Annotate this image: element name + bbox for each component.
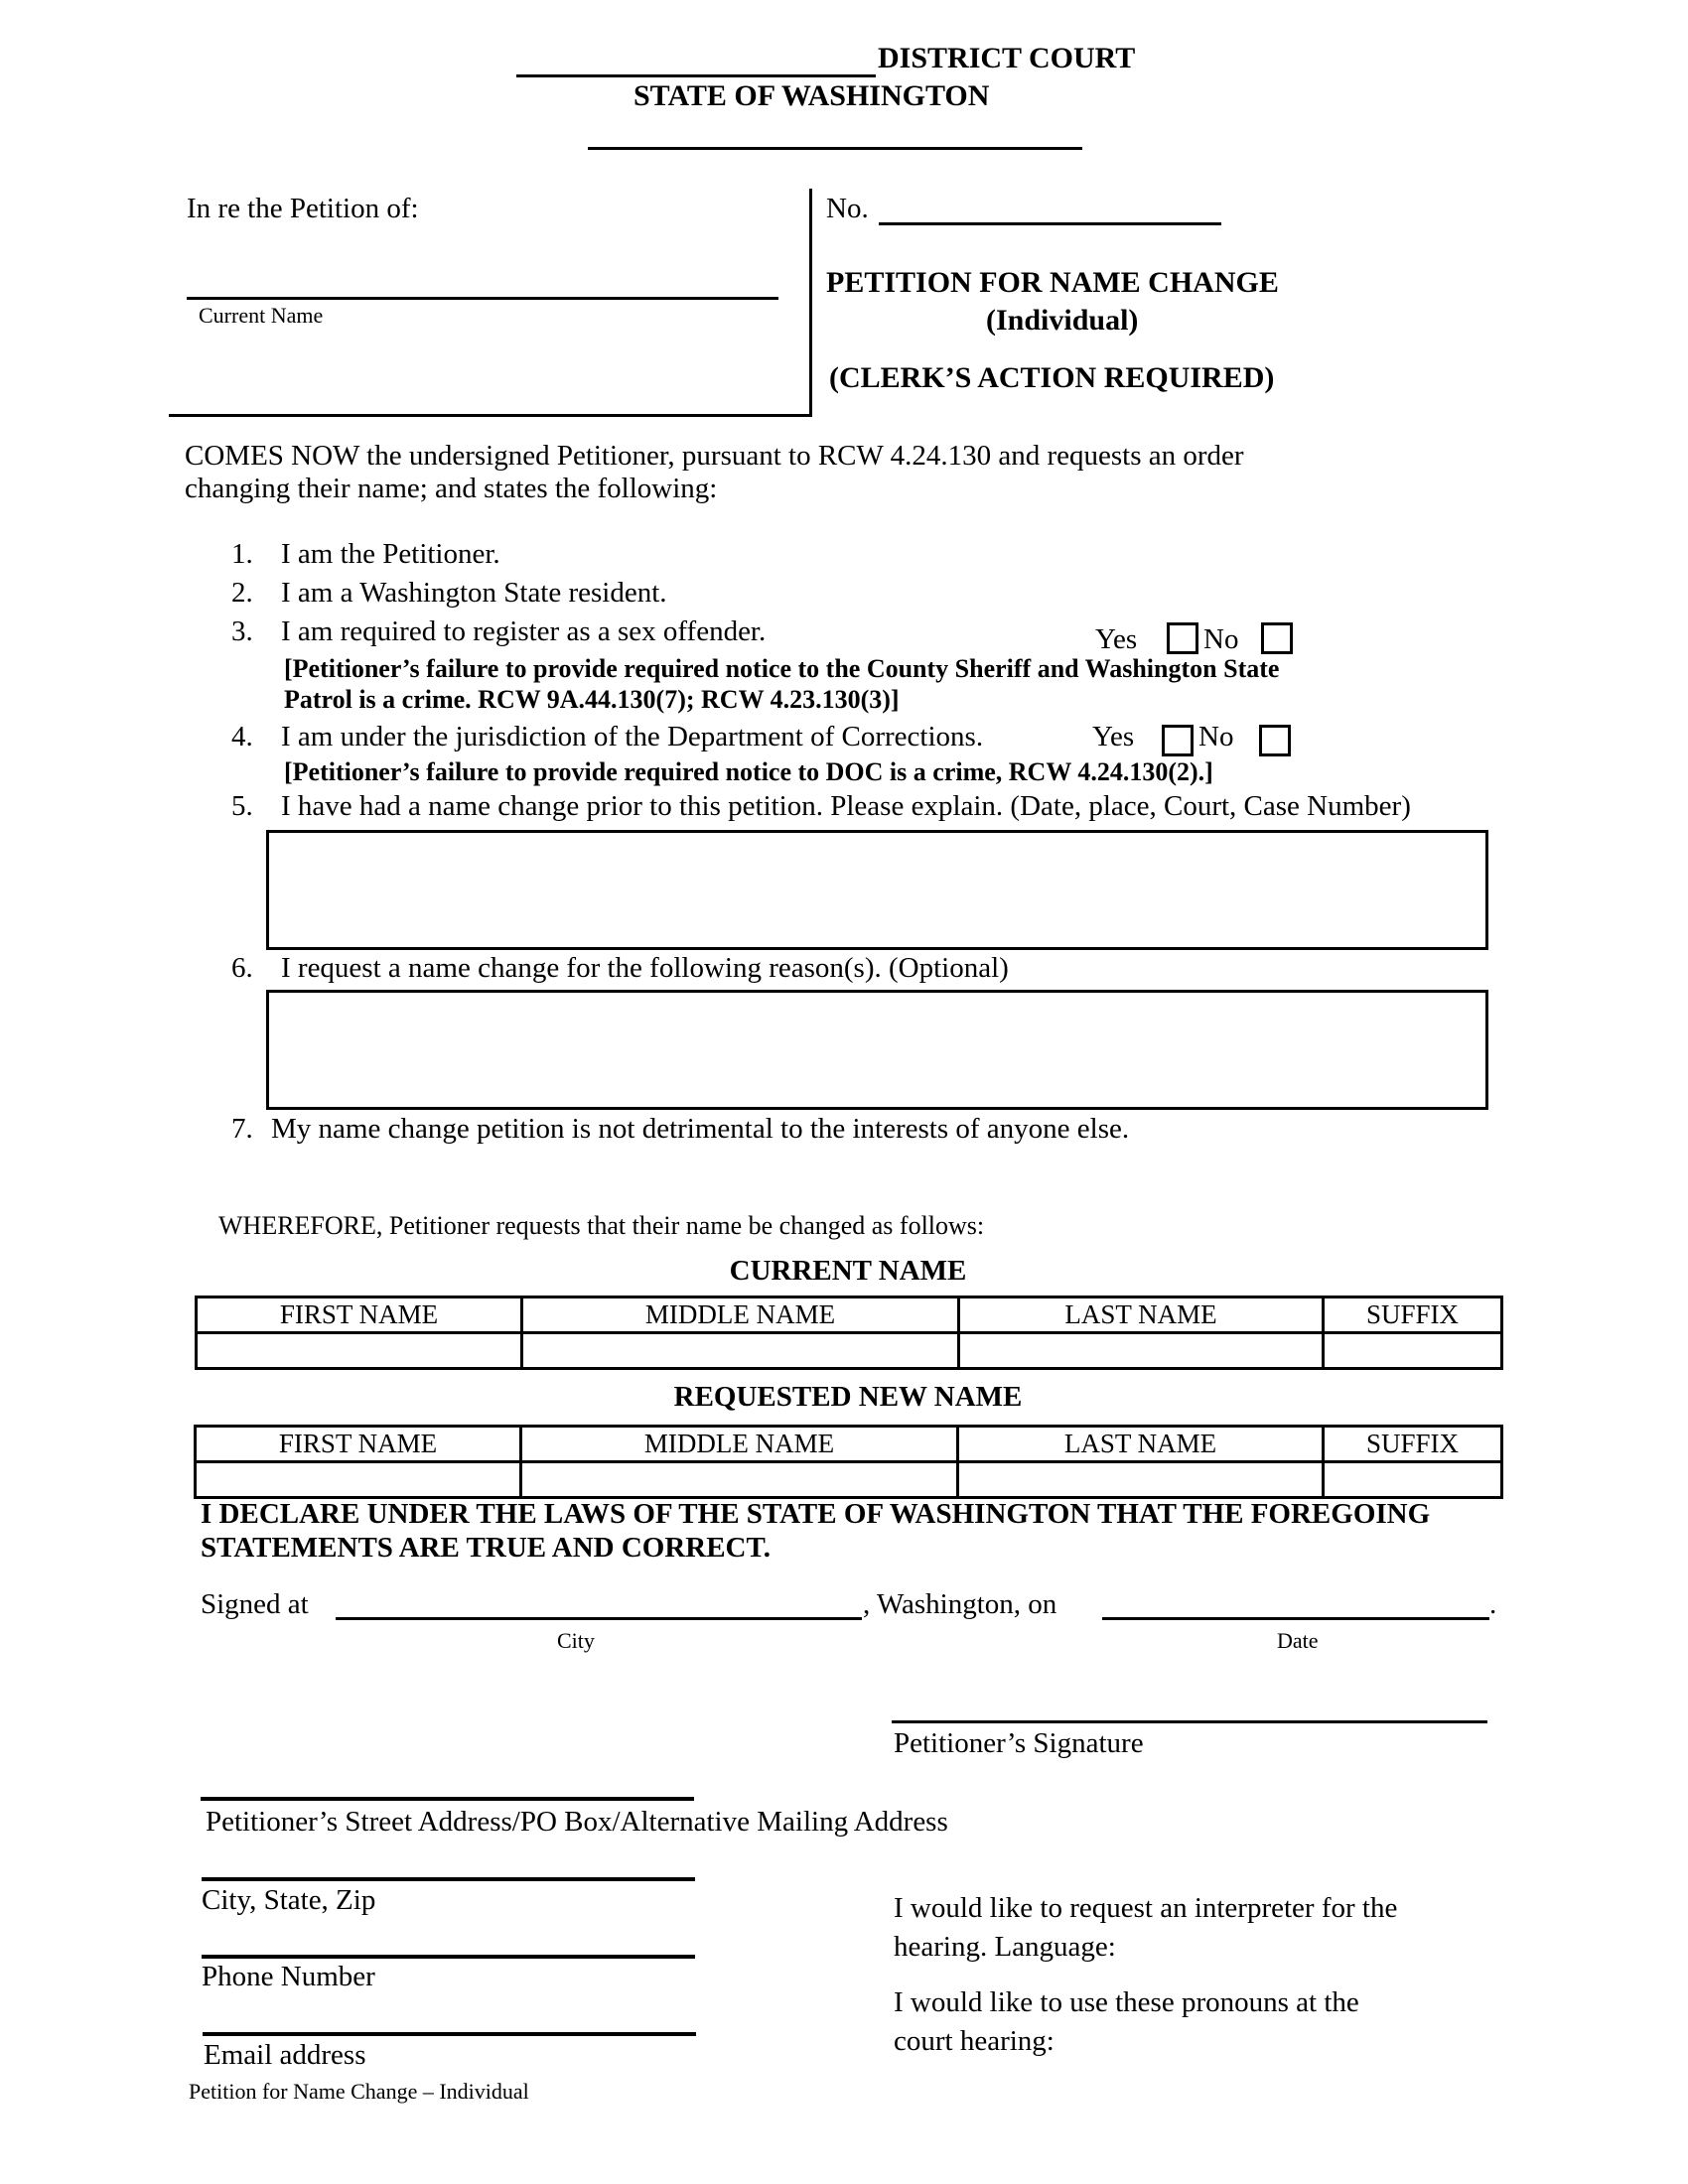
- date-label: Date: [1277, 1628, 1319, 1654]
- pronouns-request-line-2: court hearing:: [894, 2024, 1055, 2058]
- current-name-table: FIRST NAME MIDDLE NAME LAST NAME SUFFIX: [195, 1296, 1503, 1370]
- statement-3-yes-label: Yes: [1095, 622, 1137, 656]
- new-first-name-field[interactable]: [196, 1462, 521, 1498]
- city-label: City: [557, 1628, 595, 1654]
- signed-period: .: [1489, 1587, 1496, 1621]
- washington-on-label: , Washington, on: [863, 1587, 1056, 1621]
- district-court-heading: DISTRICT COURT: [878, 42, 1135, 75]
- statement-3-note-2: Patrol is a crime. RCW 9A.44.130(7); RCW…: [284, 685, 900, 715]
- column-header-middle: MIDDLE NAME: [522, 1297, 959, 1333]
- statement-4-no-label: No: [1198, 720, 1233, 753]
- table-row: [196, 1462, 1502, 1498]
- street-address-line[interactable]: [201, 1797, 694, 1801]
- column-header-first: FIRST NAME: [196, 1427, 521, 1462]
- statement-3-note-1: [Petitioner’s failure to provide require…: [284, 654, 1279, 684]
- state-heading: STATE OF WASHINGTON: [633, 79, 989, 113]
- column-header-suffix: SUFFIX: [1324, 1427, 1502, 1462]
- city-state-zip-line[interactable]: [202, 1877, 695, 1881]
- wherefore-text: WHEREFORE, Petitioner requests that thei…: [218, 1211, 984, 1241]
- declaration-line-2: STATEMENTS ARE TRUE AND CORRECT.: [201, 1531, 771, 1565]
- column-header-last: LAST NAME: [958, 1427, 1324, 1462]
- street-address-label: Petitioner’s Street Address/PO Box/Alter…: [206, 1805, 948, 1839]
- statement-7-text: My name change petition is not detriment…: [271, 1112, 1129, 1146]
- statement-4-number: 4.: [231, 720, 253, 753]
- sex-offender-no-checkbox[interactable]: [1261, 622, 1293, 654]
- column-header-suffix: SUFFIX: [1324, 1297, 1502, 1333]
- page-footer: Petition for Name Change – Individual: [189, 2079, 529, 2105]
- court-name-blank[interactable]: [516, 74, 876, 77]
- statement-3-no-label: No: [1203, 622, 1238, 656]
- interpreter-request-line-1: I would like to request an interpreter f…: [894, 1891, 1397, 1925]
- petition-title: PETITION FOR NAME CHANGE: [826, 266, 1279, 300]
- phone-label: Phone Number: [202, 1960, 375, 1993]
- intro-line-1: COMES NOW the undersigned Petitioner, pu…: [185, 439, 1244, 473]
- current-middle-name-field[interactable]: [522, 1333, 959, 1369]
- intro-line-2: changing their name; and states the foll…: [185, 472, 717, 505]
- date-signed-blank[interactable]: [1102, 1617, 1489, 1620]
- current-name-line[interactable]: [187, 297, 778, 300]
- in-re-label: In re the Petition of:: [187, 192, 419, 225]
- current-suffix-field[interactable]: [1324, 1333, 1502, 1369]
- signature-label: Petitioner’s Signature: [894, 1726, 1144, 1760]
- sex-offender-yes-checkbox[interactable]: [1167, 622, 1198, 654]
- reasons-textbox[interactable]: [266, 990, 1488, 1110]
- table-row: [197, 1333, 1502, 1369]
- statement-5-text: I have had a name change prior to this p…: [281, 789, 1411, 823]
- statement-7-number: 7.: [231, 1112, 253, 1146]
- signature-line[interactable]: [892, 1720, 1487, 1723]
- statement-4-yes-label: Yes: [1092, 720, 1134, 753]
- current-last-name-field[interactable]: [959, 1333, 1324, 1369]
- column-header-middle: MIDDLE NAME: [521, 1427, 958, 1462]
- column-header-last: LAST NAME: [959, 1297, 1324, 1333]
- signed-at-label: Signed at: [201, 1587, 309, 1621]
- phone-line[interactable]: [202, 1955, 695, 1959]
- declaration-line-1: I DECLARE UNDER THE LAWS OF THE STATE OF…: [201, 1497, 1430, 1531]
- table-header-row: FIRST NAME MIDDLE NAME LAST NAME SUFFIX: [197, 1297, 1502, 1333]
- statement-2-number: 2.: [231, 576, 253, 610]
- statement-2-text: I am a Washington State resident.: [281, 576, 667, 610]
- case-number-blank[interactable]: [879, 222, 1221, 225]
- pronouns-request-line-1: I would like to use these pronouns at th…: [894, 1985, 1359, 2019]
- current-first-name-field[interactable]: [197, 1333, 522, 1369]
- statement-4-note: [Petitioner’s failure to provide require…: [284, 757, 1213, 787]
- new-name-table: FIRST NAME MIDDLE NAME LAST NAME SUFFIX: [194, 1425, 1503, 1499]
- interpreter-request-line-2: hearing. Language:: [894, 1930, 1116, 1964]
- statement-6-text: I request a name change for the followin…: [281, 951, 1009, 985]
- new-last-name-field[interactable]: [958, 1462, 1324, 1498]
- statement-1-number: 1.: [231, 537, 253, 571]
- doc-jurisdiction-no-checkbox[interactable]: [1259, 725, 1291, 756]
- city-state-zip-label: City, State, Zip: [202, 1883, 375, 1917]
- petition-subtitle: (Individual): [986, 304, 1138, 338]
- new-middle-name-field[interactable]: [521, 1462, 958, 1498]
- county-blank[interactable]: [588, 147, 1082, 150]
- statement-3-number: 3.: [231, 614, 253, 648]
- email-label: Email address: [204, 2038, 365, 2072]
- doc-jurisdiction-yes-checkbox[interactable]: [1162, 725, 1194, 756]
- new-name-table-title: REQUESTED NEW NAME: [195, 1380, 1501, 1414]
- table-header-row: FIRST NAME MIDDLE NAME LAST NAME SUFFIX: [196, 1427, 1502, 1462]
- column-header-first: FIRST NAME: [197, 1297, 522, 1333]
- email-line[interactable]: [203, 2032, 696, 2036]
- statement-3-text: I am required to register as a sex offen…: [281, 614, 766, 648]
- statement-5-number: 5.: [231, 789, 253, 823]
- statement-4-text: I am under the jurisdiction of the Depar…: [281, 720, 983, 753]
- city-signed-blank[interactable]: [336, 1617, 862, 1620]
- new-suffix-field[interactable]: [1324, 1462, 1502, 1498]
- statement-6-number: 6.: [231, 951, 253, 985]
- clerk-action-notice: (CLERK’S ACTION REQUIRED): [829, 361, 1274, 395]
- current-name-label: Current Name: [199, 303, 323, 329]
- caption-divider: [809, 189, 812, 417]
- current-name-table-title: CURRENT NAME: [195, 1254, 1501, 1288]
- prior-name-change-textbox[interactable]: [266, 830, 1488, 950]
- statement-1-text: I am the Petitioner.: [281, 537, 500, 571]
- case-no-label: No.: [826, 192, 869, 225]
- caption-bottom-border: [169, 414, 812, 417]
